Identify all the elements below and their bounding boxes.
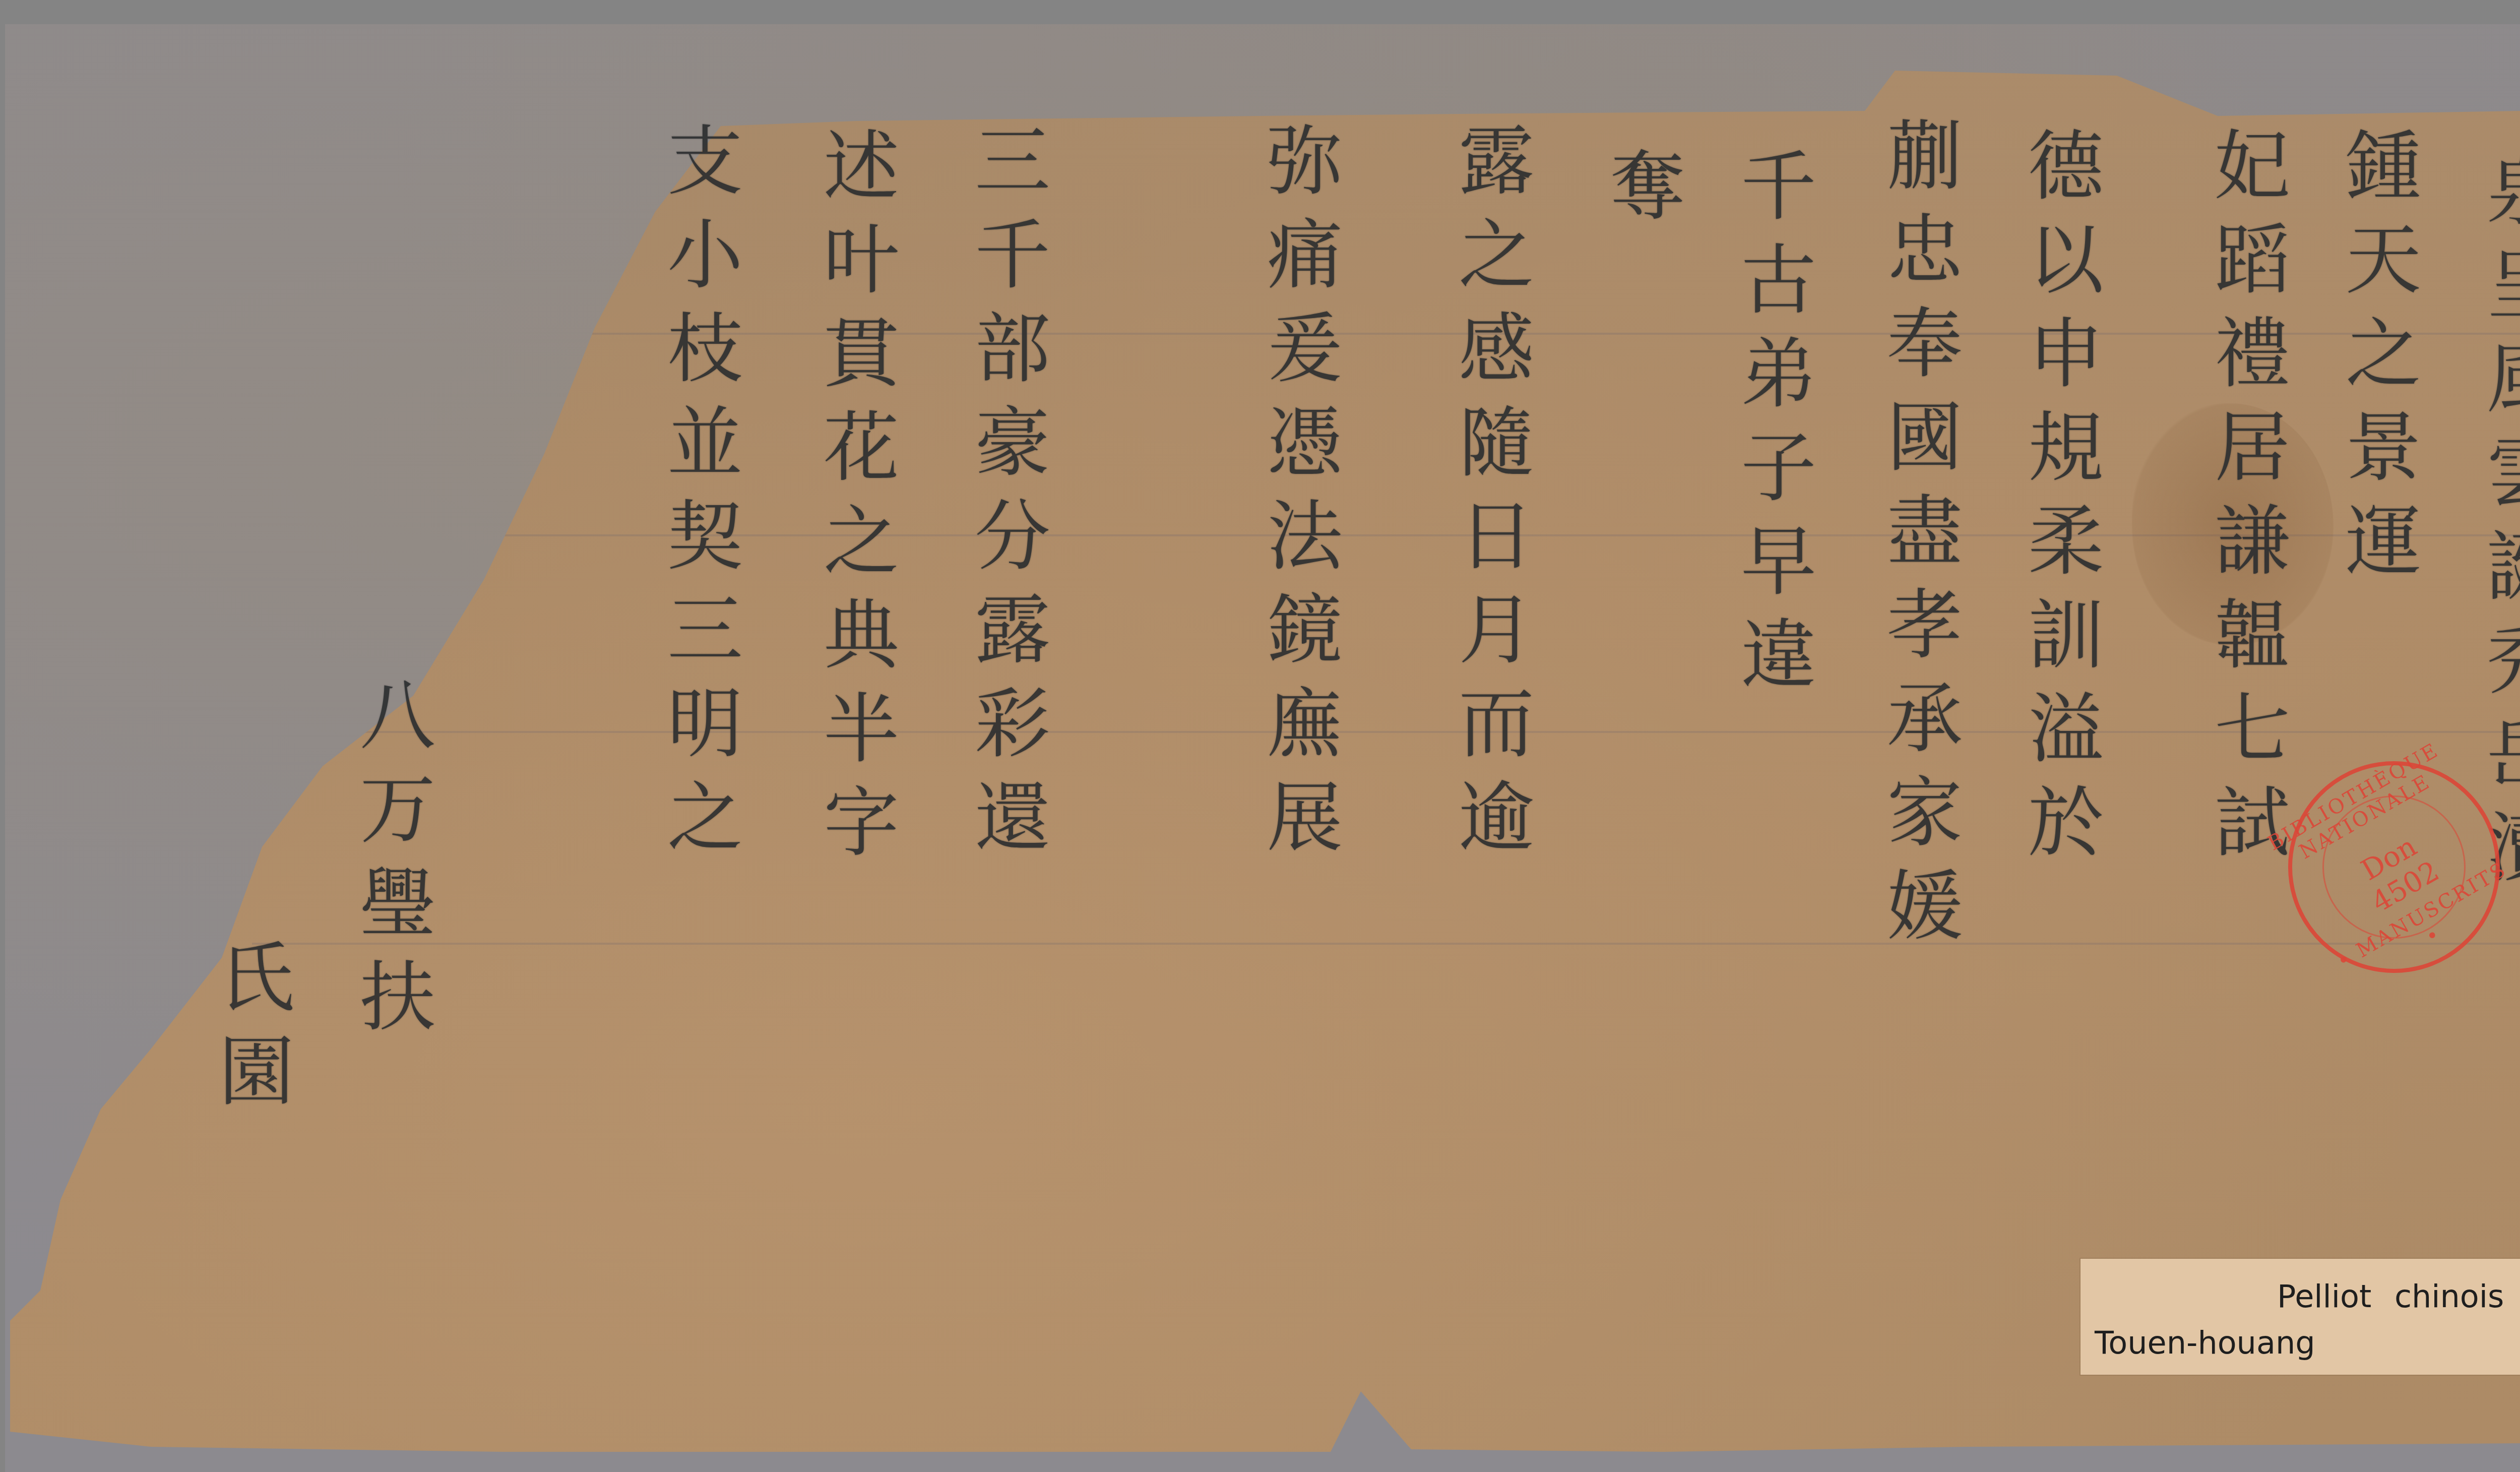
ruling-line [252,943,2520,945]
text-column-11: 三千部豪分露彩還 [968,121,1043,871]
text-column-7: 千古弟子早違 [1734,146,1809,709]
text-column-5: 德以申規柔訓溢於 [2021,126,2097,876]
text-column-4: 妃蹈禮居謙韞七試 [2208,126,2283,876]
text-column-8: 奪 [1603,146,1678,240]
text-column-12: 述叶貫花之典半字 [816,126,892,876]
text-column-13: 支小枝並契三明之 [660,121,736,871]
text-column-2: 泉呈風雲誕秀岳瀆 [2480,151,2520,901]
collection-name: Pelliot chinois [2277,1278,2504,1315]
text-column-6: 蒯忠奉國盡孝承家媛 [1880,116,1956,960]
provenance: Touen-houang [2095,1324,2315,1361]
text-column-10: 弥痛爰憑法鏡廡展 [1260,121,1336,871]
text-column-3: 鍾天之景運 [2339,126,2414,595]
text-column-9: 露之感隨日月而逾 [1452,121,1527,871]
text-column-15: 氏園 [212,938,287,1125]
text-column-14: 八万璺扶 [353,676,428,1051]
shelfmark-label: Pelliot chinois Touen-houang 4621 [2081,1259,2520,1375]
